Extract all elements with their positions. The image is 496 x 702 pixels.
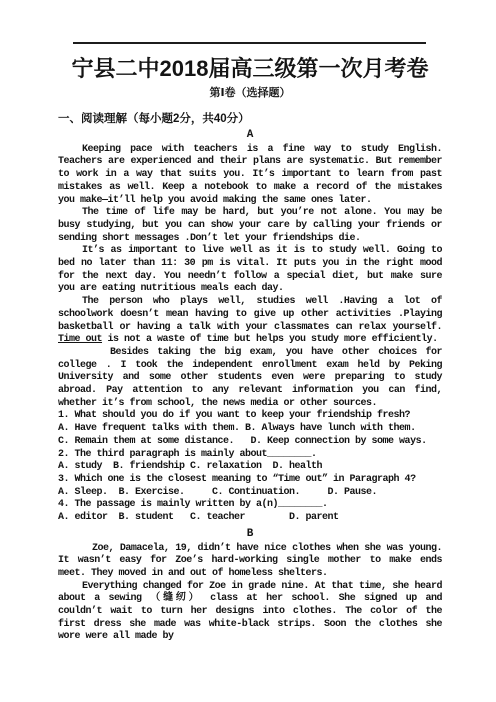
passage-a-paragraph-4: The person who plays well, studies well … xyxy=(58,296,442,347)
question-3-stem: 3. Which one is the closest meaning to “… xyxy=(58,474,442,487)
passage-a-paragraph-1: Keeping pace with teachers is a fine way… xyxy=(58,144,442,208)
passage-b-paragraph-2: Everything changed for Zoe in grade nine… xyxy=(58,581,442,645)
question-4-stem: 4. The passage is mainly written by a(n)… xyxy=(58,499,442,512)
question-2-options: A. study B. friendship C. relaxation D. … xyxy=(58,461,442,474)
question-1: 1. What should you do if you want to kee… xyxy=(58,410,442,448)
question-1-options-cd: C. Remain them at some distance. D. Keep… xyxy=(58,436,442,449)
passage-a-paragraph-3: It’s as important to live well as it is … xyxy=(58,245,442,296)
question-2-stem: 2. The third paragraph is mainly about__… xyxy=(58,449,442,462)
page-title: 宁县二中2018届高三级第一次月考卷 xyxy=(58,54,442,84)
passage-a-paragraph-5: Besides taking the big exam, you have ot… xyxy=(58,347,442,411)
passage-b-paragraph-1: Zoe, Damacela, 19, didn’t have nice clot… xyxy=(58,543,442,581)
header-rule xyxy=(73,42,426,44)
passage-a-paragraph-2: The time of life may be hard, but you’re… xyxy=(58,207,442,245)
exam-paper-page: 宁县二中2018届高三级第一次月考卷 第Ⅰ卷（选择题） 一、阅读理解（每小题2分… xyxy=(0,0,496,702)
section-heading-reading-comprehension: 一、阅读理解（每小题2分，共40分） xyxy=(58,113,442,126)
question-3: 3. Which one is the closest meaning to “… xyxy=(58,474,442,499)
paragraph-4-text-after: is not a waste of time but helps you stu… xyxy=(102,334,438,345)
passage-b-label: B xyxy=(58,528,442,541)
question-1-options-ab: A. Have frequent talks with them. B. Alw… xyxy=(58,423,442,436)
paper-subtitle: 第Ⅰ卷（选择题） xyxy=(58,87,442,100)
page-content: 宁县二中2018届高三级第一次月考卷 第Ⅰ卷（选择题） 一、阅读理解（每小题2分… xyxy=(58,54,442,644)
time-out-underlined-term: Time out xyxy=(58,334,102,345)
question-1-stem: 1. What should you do if you want to kee… xyxy=(58,410,442,423)
paragraph-4-text-before: The person who plays well, studies well … xyxy=(58,296,442,332)
question-2: 2. The third paragraph is mainly about__… xyxy=(58,449,442,474)
question-4: 4. The passage is mainly written by a(n)… xyxy=(58,499,442,524)
passage-a-label: A xyxy=(58,129,442,142)
question-4-options: A. editor B. student C. teacher D. paren… xyxy=(58,512,442,525)
question-3-options: A. Sleep. B. Exercise. C. Continuation. … xyxy=(58,487,442,500)
